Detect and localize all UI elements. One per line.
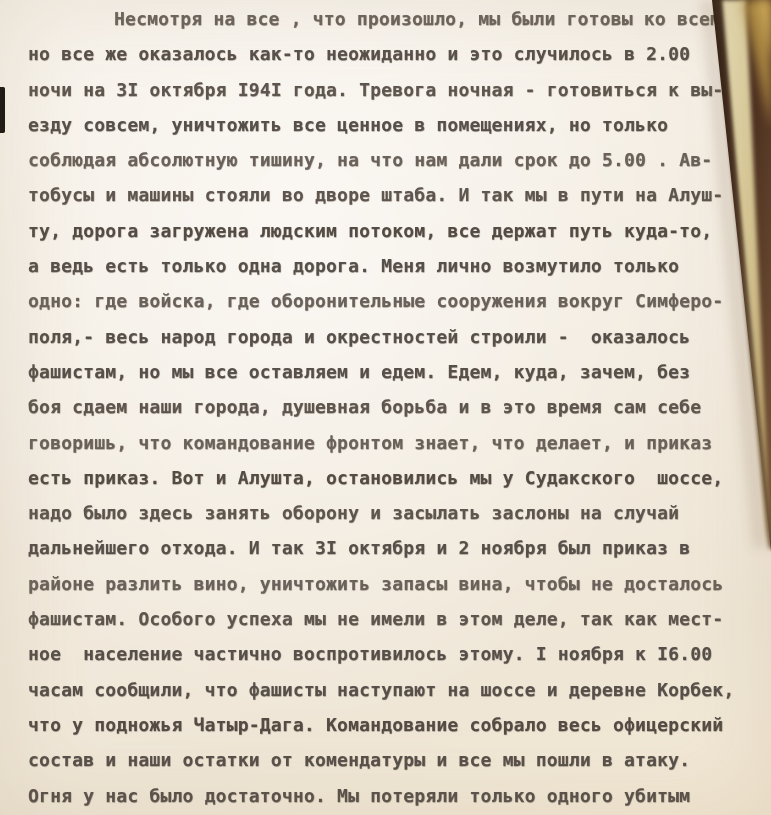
text-line: районе разлить вино, уничтожить запасы в… <box>0 567 730 602</box>
text-line: есть приказ. Вот и Алушта, остановились … <box>0 461 730 496</box>
text-line: фашистам. Особого успеха мы не имели в э… <box>0 602 730 637</box>
left-edge-artifact <box>0 87 5 133</box>
text-line: Несмотря на все , что произошло, мы были… <box>0 2 730 37</box>
text-line: ночи на 3I октября I94I года. Тревога но… <box>0 73 730 108</box>
text-line: одно: где войска, где оборонительные соо… <box>0 284 730 319</box>
text-line: дальнейшего отхода. И так 3I октября и 2… <box>0 531 730 566</box>
text-line: тобусы и машины стояли во дворе штаба. И… <box>0 178 730 213</box>
text-line: надо было здесь занять оборону и засылат… <box>0 496 730 531</box>
text-line: соблюдая абсолютную тишину, на что нам д… <box>0 143 730 178</box>
text-line: ту, дорога загружена людским потоком, вс… <box>0 214 730 249</box>
text-line: поля,- весь народ города и окрестностей … <box>0 320 730 355</box>
text-line: фашистам, но мы все оставляем и едем. Ед… <box>0 355 730 390</box>
text-line: езду совсем, уничтожить все ценное в пом… <box>0 108 730 143</box>
text-line: а ведь есть только одна дорога. Меня лич… <box>0 249 730 284</box>
text-line: Огня у нас было достаточно. Мы потеряли … <box>0 779 730 814</box>
text-line: но все же оказалось как-то неожиданно и … <box>0 37 730 72</box>
text-line: часам сообщили, что фашисты наступают на… <box>0 673 730 708</box>
text-line: ное население частично воспротивилось эт… <box>0 637 730 672</box>
typewritten-text-block: Несмотря на все , что произошло, мы были… <box>0 0 730 814</box>
document-page: Несмотря на все , что произошло, мы были… <box>0 0 771 815</box>
text-line: говоришь, что командование фронтом знает… <box>0 426 730 461</box>
text-line: состав и наши остатки от комендатуры и в… <box>0 743 730 778</box>
text-line: боя сдаем наши города, душевная борьба и… <box>0 390 730 425</box>
text-line: что у подножья Чатыр-Дага. Командование … <box>0 708 730 743</box>
